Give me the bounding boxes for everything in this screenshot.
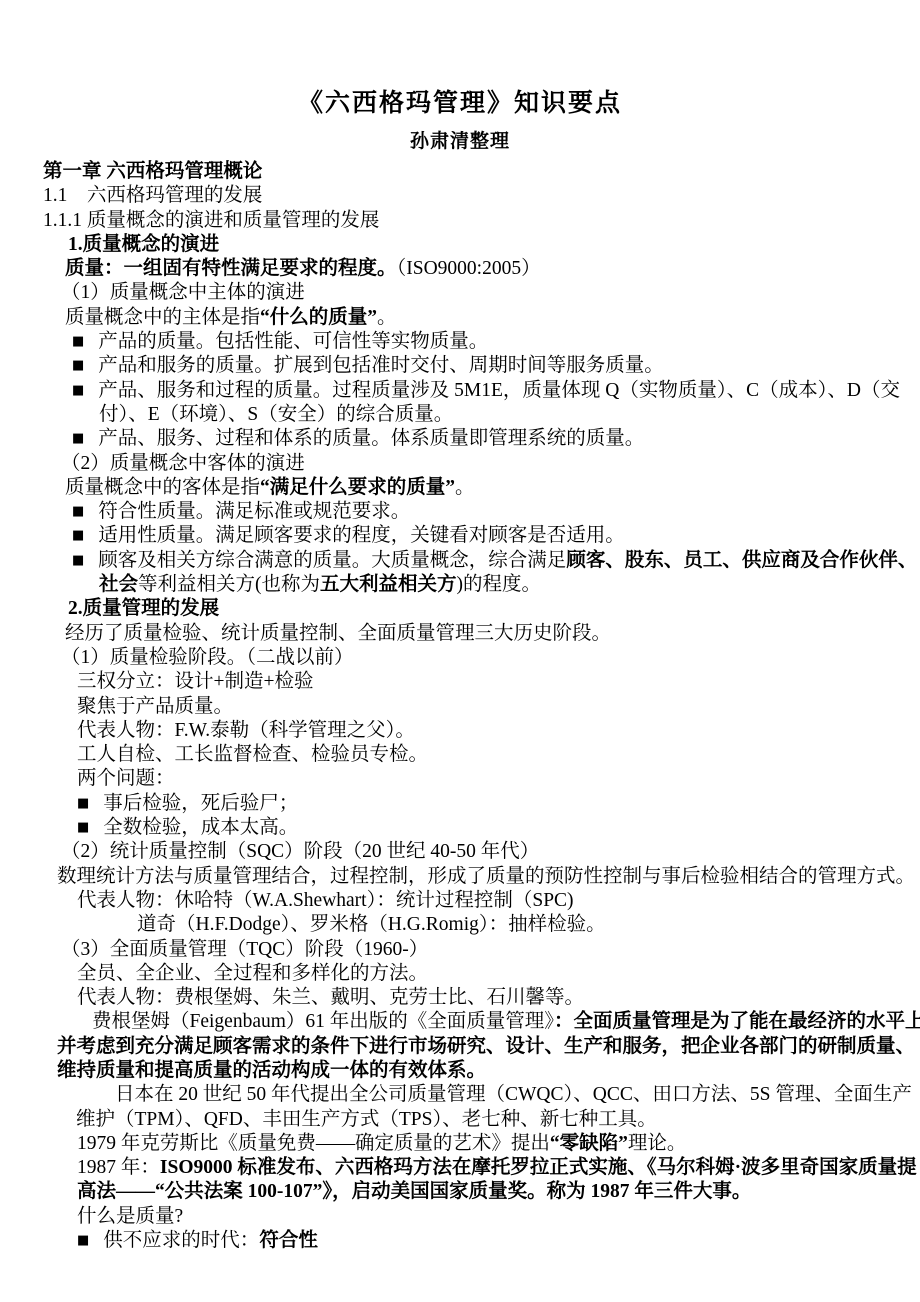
text-run: 日本在 20 世纪 50 年代提出全公司质量管理（CWQC）、QCC、田口方法、… — [115, 1084, 912, 1105]
bullet-item: ■供不应求的时代：符合性 — [77, 1229, 920, 1253]
section-heading: 1.1 六西格玛管理的发展 — [43, 184, 920, 208]
bullet-square-icon: ■ — [77, 792, 89, 816]
body-line: 聚焦于产品质量。 — [77, 695, 920, 719]
body-line: 质量概念中的主体是指“什么的质量”。 — [65, 306, 920, 330]
chapter-heading: 第一章 六西格玛管理概论 — [43, 160, 920, 184]
text-run: 等利益相关方(也称为 — [138, 574, 320, 595]
emphasis-text: 并考虑到充分满足顾客需求的条件下进行市场研究、设计、生产和服务，把企业各部门的研… — [57, 1036, 915, 1057]
text-run: （1）质量检验阶段。（二战以前） — [61, 647, 354, 668]
emphasis-text: “零缺陷” — [550, 1133, 628, 1154]
body-line: 经历了质量检验、统计质量控制、全面质量管理三大历史阶段。 — [65, 622, 920, 646]
numbered-item: （1）质量检验阶段。（二战以前） — [61, 646, 920, 670]
definition-line: 质量：一组固有特性满足要求的程度。（ISO9000:2005） — [65, 257, 920, 281]
emphasis-text: “什么的质量” — [260, 307, 377, 328]
bullet-continuation: 社会等利益相关方(也称为五大利益相关方)的程度。 — [99, 573, 920, 597]
emphasis-text: 维持质量和提高质量的活动构成一体的有效体系。 — [57, 1060, 486, 1081]
body-line: 道奇（H.F.Dodge）、罗米格（H.G.Romig）：抽样检验。 — [137, 913, 920, 937]
emphasis-text: 顾客、股东、员工、供应商及合作伙伴、 — [566, 550, 917, 571]
body-line: 三权分立：设计+制造+检验 — [77, 670, 920, 694]
body-line: 1987 年：ISO9000 标准发布、六西格玛方法在摩托罗拉正式实施、《马尔科… — [77, 1156, 920, 1180]
numbered-item: （2）质量概念中客体的演进 — [61, 452, 920, 476]
numbered-item: （1）质量概念中主体的演进 — [61, 281, 920, 305]
bullet-item: ■顾客及相关方综合满意的质量。大质量概念，综合满足顾客、股东、员工、供应商及合作… — [72, 549, 920, 573]
bullet-continuation: 付）、E（环境）、S（安全）的综合质量。 — [99, 403, 920, 427]
emphasis-text: 符合性 — [259, 1230, 318, 1251]
text-run: 1.1.1 质量概念的演进和质量管理的发展 — [43, 210, 379, 231]
text-run: 维护（TPM）、QFD、丰田生产方式（TPS）、老七种、新七种工具。 — [76, 1109, 657, 1130]
text-run: 什么是质量? — [77, 1206, 183, 1227]
doc-title: 《六西格玛管理》知识要点 — [0, 0, 920, 122]
text-run: （2）统计质量控制（SQC）阶段（20 世纪 40-50 年代） — [61, 841, 539, 862]
text-run: 数理统计方法与质量管理结合，过程控制，形成了质量的预防性控制与事后检验相结合的管… — [57, 866, 915, 887]
body-line: 1979 年克劳斯比《质量免费——确定质量的艺术》提出“零缺陷”理论。 — [77, 1132, 920, 1156]
body-line: 代表人物：休哈特（W.A.Shewhart）：统计过程控制（SPC) — [77, 889, 920, 913]
text-run: （ISO9000:2005） — [397, 258, 541, 279]
body-line: 并考虑到充分满足顾客需求的条件下进行市场研究、设计、生产和服务，把企业各部门的研… — [57, 1035, 920, 1059]
body-line: 工人自检、工长监督检查、检验员专检。 — [77, 743, 920, 767]
body-line: 两个问题： — [77, 767, 920, 791]
body-line: 代表人物：费根堡姆、朱兰、戴明、克劳士比、石川馨等。 — [77, 986, 920, 1010]
text-run: 全员、全企业、全过程和多样化的方法。 — [77, 963, 428, 984]
text-run: 符合性质量。满足标准或规范要求。 — [98, 501, 410, 522]
text-run: 1979 年克劳斯比《质量免费——确定质量的艺术》提出 — [77, 1133, 550, 1154]
bullet-item: ■产品的质量。包括性能、可信性等实物质量。 — [72, 330, 920, 354]
emphasis-text: ISO9000 标准发布、六西格玛方法在摩托罗拉正式实施、《马尔科姆·波多里奇国… — [160, 1157, 917, 1178]
text-run: 道奇（H.F.Dodge）、罗米格（H.G.Romig）：抽样检验。 — [137, 914, 606, 935]
bullet-square-icon: ■ — [77, 1229, 89, 1253]
text-run: （3）全面质量管理（TQC）阶段（1960-） — [61, 939, 428, 960]
text-run: 。 — [377, 307, 397, 328]
emphasis-text: 五大利益相关方 — [320, 574, 457, 595]
bullet-item: ■产品、服务和过程的质量。过程质量涉及 5M1E，质量体现 Q（实物质量）、C（… — [72, 379, 920, 403]
bullet-square-icon: ■ — [72, 427, 84, 451]
body-line: 高法——“公共法案 100-107”》，启动美国国家质量奖。称为 1987 年三… — [77, 1180, 920, 1204]
text-run: )的程度。 — [457, 574, 542, 595]
text-run: 费根堡姆（Feigenbaum）61 年出版的《全面质量管理》 — [92, 1011, 554, 1032]
body-line: 什么是质量? — [77, 1205, 920, 1229]
text-run: 事后检验，死后验尸； — [103, 793, 298, 814]
topic-heading: 1.质量概念的演进 — [68, 233, 920, 257]
text-run: 经历了质量检验、统计质量控制、全面质量管理三大历史阶段。 — [65, 623, 611, 644]
text-run: （1）质量概念中主体的演进 — [61, 282, 305, 303]
bullet-square-icon: ■ — [72, 379, 84, 403]
text-run: 三权分立：设计+制造+检验 — [77, 671, 314, 692]
text-run: 质量概念中的客体是指 — [65, 477, 260, 498]
text-run: 代表人物：F.W.泰勒（科学管理之父）。 — [77, 720, 415, 741]
bullet-item: ■全数检验，成本太高。 — [77, 816, 920, 840]
emphasis-text: 高法——“公共法案 100-107”》，启动美国国家质量奖。称为 1987 年三… — [77, 1181, 751, 1202]
body-line: 全员、全企业、全过程和多样化的方法。 — [77, 962, 920, 986]
bullet-square-icon: ■ — [72, 524, 84, 548]
text-run: 产品的质量。包括性能、可信性等实物质量。 — [98, 331, 488, 352]
body-line: 维持质量和提高质量的活动构成一体的有效体系。 — [57, 1059, 920, 1083]
text-run: 两个问题： — [77, 768, 175, 789]
text-run: 付）、E（环境）、S（安全）的综合质量。 — [99, 404, 453, 425]
numbered-item: （3）全面质量管理（TQC）阶段（1960-） — [61, 938, 920, 962]
topic-heading: 2.质量管理的发展 — [68, 597, 920, 621]
text-run: 全数检验，成本太高。 — [103, 817, 298, 838]
bullet-square-icon: ■ — [72, 500, 84, 524]
bullet-item: ■产品和服务的质量。扩展到包括准时交付、周期时间等服务质量。 — [72, 354, 920, 378]
body-line: 代表人物：F.W.泰勒（科学管理之父）。 — [77, 719, 920, 743]
bullet-item: ■符合性质量。满足标准或规范要求。 — [72, 500, 920, 524]
text-run: 供不应求的时代： — [103, 1230, 259, 1251]
body-line: 质量概念中的客体是指“满足什么要求的质量”。 — [65, 476, 920, 500]
body-line: 维护（TPM）、QFD、丰田生产方式（TPS）、老七种、新七种工具。 — [76, 1108, 920, 1132]
text-run: 1987 年： — [77, 1157, 160, 1178]
numbered-item: （2）统计质量控制（SQC）阶段（20 世纪 40-50 年代） — [61, 840, 920, 864]
doc-byline: 孙肃清整理 — [0, 130, 920, 154]
bullet-item: ■产品、服务、过程和体系的质量。体系质量即管理系统的质量。 — [72, 427, 920, 451]
document-page: 《六西格玛管理》知识要点 孙肃清整理 第一章 六西格玛管理概论1.1 六西格玛管… — [0, 0, 920, 1302]
text-run: 适用性质量。满足顾客要求的程度，关键看对顾客是否适用。 — [98, 525, 625, 546]
body-line: 费根堡姆（Feigenbaum）61 年出版的《全面质量管理》：全面质量管理是为… — [92, 1010, 920, 1034]
text-run: 代表人物：费根堡姆、朱兰、戴明、克劳士比、石川馨等。 — [77, 987, 584, 1008]
text-run: 聚焦于产品质量。 — [77, 696, 233, 717]
text-run: 产品和服务的质量。扩展到包括准时交付、周期时间等服务质量。 — [98, 355, 664, 376]
text-run: 。 — [455, 477, 475, 498]
bullet-item: ■适用性质量。满足顾客要求的程度，关键看对顾客是否适用。 — [72, 524, 920, 548]
text-run: 产品、服务和过程的质量。过程质量涉及 5M1E，质量体现 Q（实物质量）、C（成… — [98, 380, 900, 401]
emphasis-text: 2.质量管理的发展 — [68, 598, 219, 619]
text-run: 质量概念中的主体是指 — [65, 307, 260, 328]
text-run: 顾客及相关方综合满意的质量。大质量概念，综合满足 — [98, 550, 566, 571]
emphasis-text: “满足什么要求的质量” — [260, 477, 455, 498]
subsection-heading: 1.1.1 质量概念的演进和质量管理的发展 — [43, 209, 920, 233]
emphasis-text: 质量：一组固有特性满足要求的程度。 — [65, 258, 397, 279]
bullet-square-icon: ■ — [72, 330, 84, 354]
bullet-square-icon: ■ — [72, 549, 84, 573]
emphasis-text: 1.质量概念的演进 — [68, 234, 219, 255]
body-line: 日本在 20 世纪 50 年代提出全公司质量管理（CWQC）、QCC、田口方法、… — [115, 1083, 920, 1107]
text-run: 1.1 六西格玛管理的发展 — [43, 185, 262, 206]
body-line: 数理统计方法与质量管理结合，过程控制，形成了质量的预防性控制与事后检验相结合的管… — [57, 865, 920, 889]
doc-body: 第一章 六西格玛管理概论1.1 六西格玛管理的发展1.1.1 质量概念的演进和质… — [0, 160, 920, 1253]
text-run: （2）质量概念中客体的演进 — [61, 453, 305, 474]
emphasis-text: 第一章 六西格玛管理概论 — [43, 161, 262, 182]
bullet-square-icon: ■ — [72, 354, 84, 378]
text-run: 产品、服务、过程和体系的质量。体系质量即管理系统的质量。 — [98, 428, 644, 449]
bullet-item: ■事后检验，死后验尸； — [77, 792, 920, 816]
emphasis-text: 社会 — [99, 574, 138, 595]
text-run: 工人自检、工长监督检查、检验员专检。 — [77, 744, 428, 765]
text-run: 理论。 — [628, 1133, 687, 1154]
bullet-square-icon: ■ — [77, 816, 89, 840]
emphasis-text: ：全面质量管理是为了能在最经济的水平上 — [554, 1011, 920, 1032]
text-run: 代表人物：休哈特（W.A.Shewhart）：统计过程控制（SPC) — [77, 890, 574, 911]
